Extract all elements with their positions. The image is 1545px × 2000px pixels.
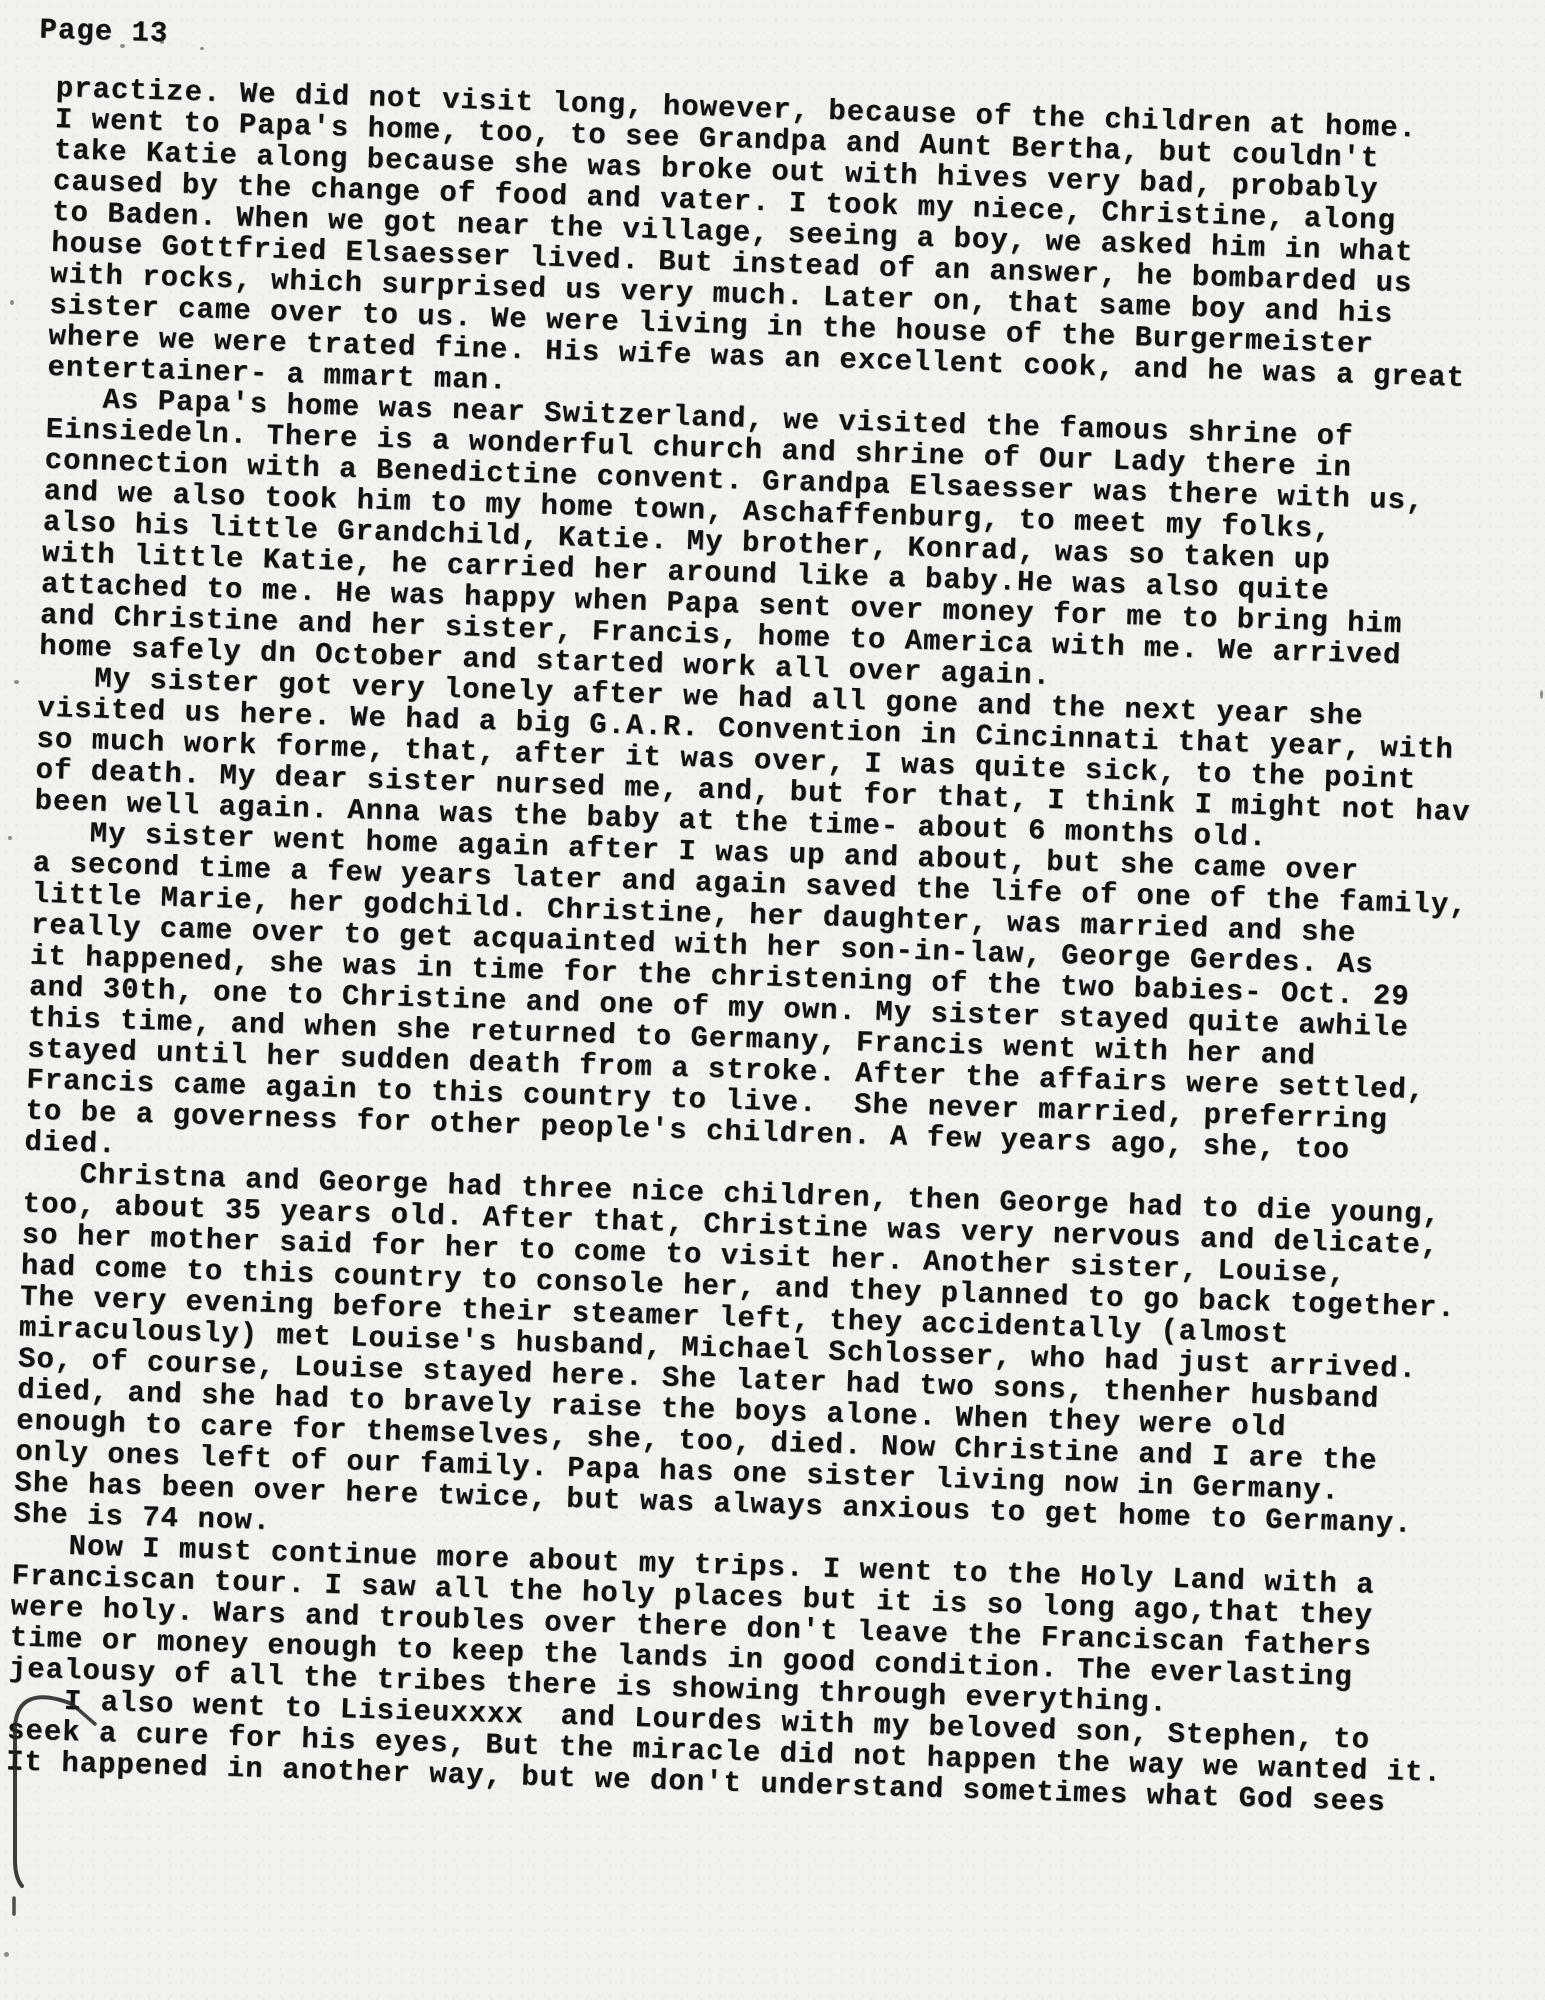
paragraph: As Papa's home was near Switzerland, we … (39, 383, 1517, 705)
paragraph: practize. We did not visit long, however… (47, 73, 1526, 426)
scan-speck (14, 680, 19, 684)
scan-speck (120, 44, 125, 48)
scanned-typewritten-page: Page 13 practize. We did not visit long,… (0, 0, 1545, 2000)
scan-speck (8, 836, 12, 840)
margin-pen-mark (2, 1688, 112, 1918)
scan-speck (160, 40, 164, 44)
scan-speck (4, 1952, 9, 1957)
paragraph: My sister went home again after I was up… (24, 817, 1503, 1201)
text-block: Page 13 practize. We did not visit long,… (6, 14, 1528, 1821)
scan-speck (1540, 690, 1543, 699)
paragraph: Christna and George had three nice child… (13, 1157, 1493, 1572)
scan-speck (200, 47, 204, 50)
scan-speck (10, 300, 14, 305)
